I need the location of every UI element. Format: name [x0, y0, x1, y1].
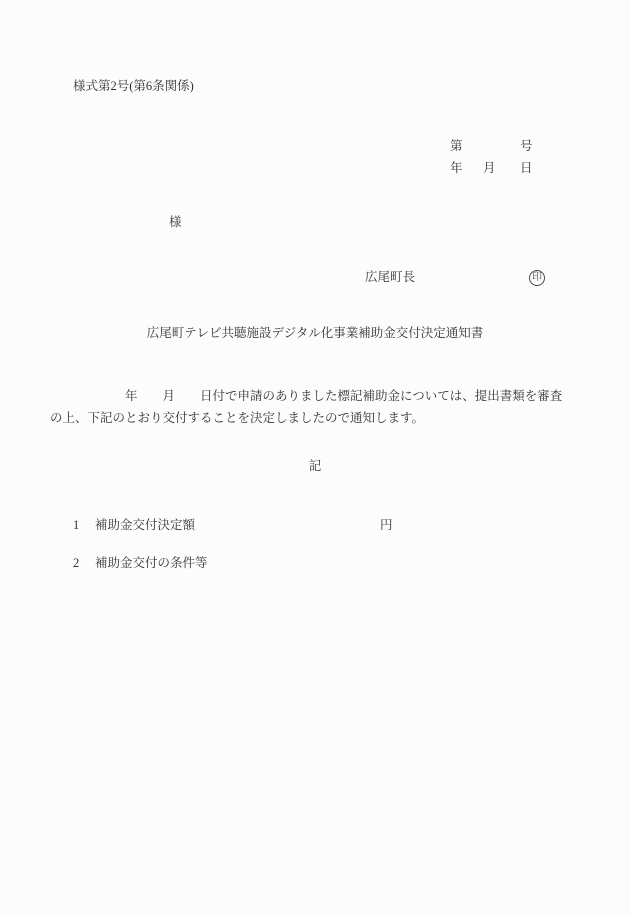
body-paragraph-line-1: 年 月 日付で申請のありました標記補助金については、提出書類を審査 [50, 389, 562, 404]
item-1-label: 補助金交付決定額 [95, 518, 195, 533]
item-1-unit: 円 [380, 518, 393, 533]
document-number-line: 第 号 [450, 139, 570, 155]
seal-mark-icon: 印 [529, 270, 545, 286]
item-1-number: 1 [73, 518, 79, 533]
item-2-number: 2 [73, 556, 79, 571]
document-number-prefix: 第 [450, 139, 463, 154]
sender-line: 広尾町長 印 [365, 270, 565, 288]
record-marker: 記 [0, 459, 630, 474]
document-page: 様式第2号(第6条関係) 第 号 年 月 日 様 広尾町長 印 広尾町テレビ共聴… [0, 0, 630, 916]
item-2-label: 補助金交付の条件等 [95, 556, 208, 571]
sender-title: 広尾町長 [365, 270, 415, 285]
document-number-suffix: 号 [520, 139, 533, 154]
date-line: 年 月 日 [450, 161, 570, 177]
list-item-1: 1 補助金交付決定額 円 [73, 518, 593, 534]
date-day-label: 日 [520, 161, 533, 176]
list-item-2: 2 補助金交付の条件等 [73, 556, 593, 572]
form-number: 様式第2号(第6条関係) [73, 79, 194, 94]
recipient-honorific: 様 [169, 215, 182, 230]
document-title: 広尾町テレビ共聴施設デジタル化事業補助金交付決定通知書 [0, 326, 630, 341]
date-month-label: 月 [483, 161, 496, 176]
date-year-label: 年 [450, 161, 463, 176]
body-paragraph-line-2: の上、下記のとおり交付することを決定しましたので通知します。 [50, 411, 424, 426]
